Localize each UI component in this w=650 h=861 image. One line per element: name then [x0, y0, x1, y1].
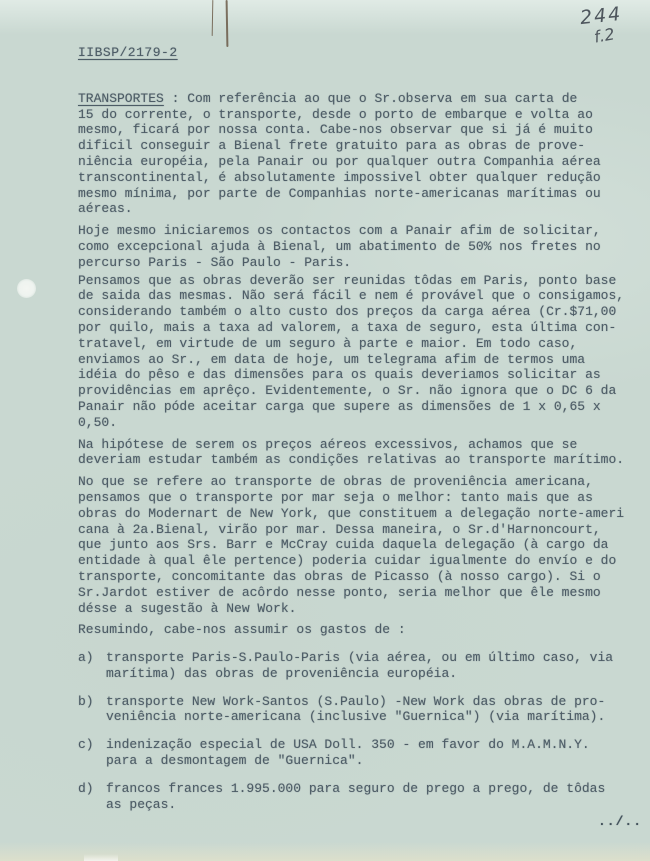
list-item-a: a) transporte Paris-S.Paulo-Paris (via a… — [78, 650, 630, 682]
scanned-letter-page: 244 f.2 IIBSP/2179-2 TRANSPORTES : Com r… — [0, 0, 650, 861]
summary-intro: Resumindo, cabe-nos assumir os gastos de… — [78, 622, 630, 638]
list-item-c: c) indenização especial de USA Doll. 350… — [78, 737, 630, 769]
list-item-d: d) francos frances 1.995.000 para seguro… — [78, 781, 630, 813]
list-item-letter: d) — [78, 781, 106, 813]
list-item-letter: c) — [78, 737, 106, 769]
paragraph-paris-assembly: Pensamos que as obras deverão ser reunid… — [78, 273, 630, 431]
paragraph-heading: TRANSPORTES — [78, 91, 164, 106]
list-item-letter: b) — [78, 694, 106, 726]
paragraph-transportes: TRANSPORTES : Com referência ao que o Sr… — [78, 91, 630, 217]
paragraph-american-works: No que se refere ao transporte de obras … — [78, 474, 630, 616]
document-reference: IIBSP/2179-2 — [78, 45, 630, 61]
continuation-mark: ../.. — [598, 814, 642, 829]
list-item-text: francos frances 1.995.000 para seguro de… — [106, 781, 605, 813]
letter-body: IIBSP/2179-2 TRANSPORTES : Com referênci… — [0, 0, 650, 812]
list-item-b: b) transporte New Work-Santos (S.Paulo) … — [78, 694, 630, 726]
paragraph-text: : Com referência ao que o Sr.observa em … — [78, 91, 601, 217]
paragraph-panair-contact: Hoje mesmo iniciaremos os contactos com … — [78, 223, 630, 270]
list-item-letter: a) — [78, 650, 106, 682]
scan-artifact — [84, 854, 118, 861]
list-item-text: transporte New Work-Santos (S.Paulo) -Ne… — [106, 694, 605, 726]
list-item-text: indenização especial de USA Doll. 350 - … — [106, 737, 590, 769]
list-item-text: transporte Paris-S.Paulo-Paris (via aére… — [106, 650, 613, 682]
paragraph-maritime-option: Na hipótese de serem os preços aéreos ex… — [78, 437, 630, 469]
